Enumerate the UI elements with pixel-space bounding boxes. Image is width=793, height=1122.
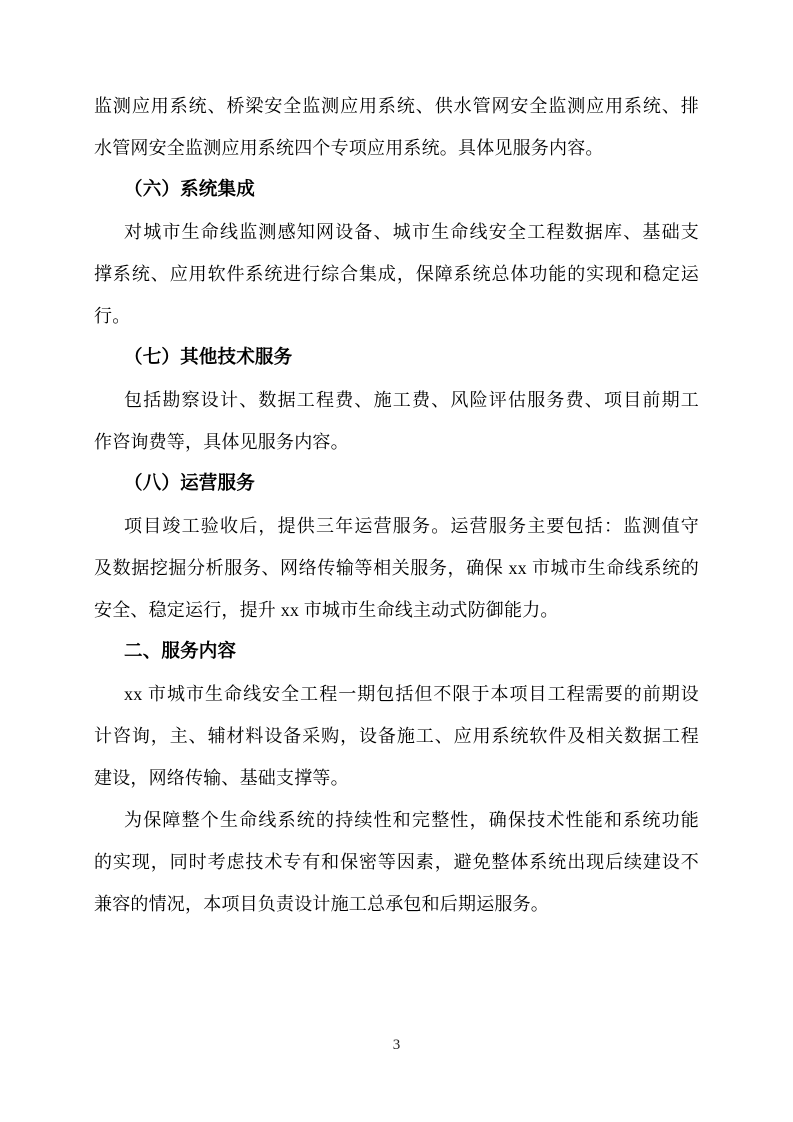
- body-line: 计咨询，主、辅材料设备采购，设备施工、应用系统软件及相关数据工程: [94, 715, 699, 757]
- body-line: 行。: [94, 295, 699, 337]
- document-page: 监测应用系统、桥梁安全监测应用系统、供水管网安全监测应用系统、排 水管网安全监测…: [0, 0, 793, 1122]
- page-number: 3: [393, 1037, 401, 1053]
- body-line: 监测应用系统、桥梁安全监测应用系统、供水管网安全监测应用系统、排: [94, 85, 699, 127]
- section-heading-6: （六）系统集成: [94, 169, 699, 211]
- body-line: 对城市生命线监测感知网设备、城市生命线安全工程数据库、基础支: [94, 211, 699, 253]
- page-footer: 3: [0, 1034, 793, 1056]
- body-line: 包括勘察设计、数据工程费、施工费、风险评估服务费、项目前期工: [94, 379, 699, 421]
- body-line: 及数据挖掘分析服务、网络传输等相关服务，确保 xx 市城市生命线系统的: [94, 547, 699, 589]
- body-line: xx 市城市生命线安全工程一期包括但不限于本项目工程需要的前期设: [94, 673, 699, 715]
- body-line: 作咨询费等，具体见服务内容。: [94, 421, 699, 463]
- body-line: 为保障整个生命线系统的持续性和完整性，确保技术性能和系统功能: [94, 799, 699, 841]
- body-line: 兼容的情况，本项目负责设计施工总承包和后期运服务。: [94, 883, 699, 925]
- body-line: 水管网安全监测应用系统四个专项应用系统。具体见服务内容。: [94, 127, 699, 169]
- section-heading-services: 二、服务内容: [94, 631, 699, 673]
- body-line: 建设，网络传输、基础支撑等。: [94, 757, 699, 799]
- section-heading-8: （八）运营服务: [94, 463, 699, 505]
- document-body: 监测应用系统、桥梁安全监测应用系统、供水管网安全监测应用系统、排 水管网安全监测…: [94, 85, 699, 925]
- body-line: 安全、稳定运行，提升 xx 市城市生命线主动式防御能力。: [94, 589, 699, 631]
- body-line: 撑系统、应用软件系统进行综合集成，保障系统总体功能的实现和稳定运: [94, 253, 699, 295]
- body-line: 的实现，同时考虑技术专有和保密等因素，避免整体系统出现后续建设不: [94, 841, 699, 883]
- section-heading-7: （七）其他技术服务: [94, 337, 699, 379]
- body-line: 项目竣工验收后，提供三年运营服务。运营服务主要包括：监测值守: [94, 505, 699, 547]
